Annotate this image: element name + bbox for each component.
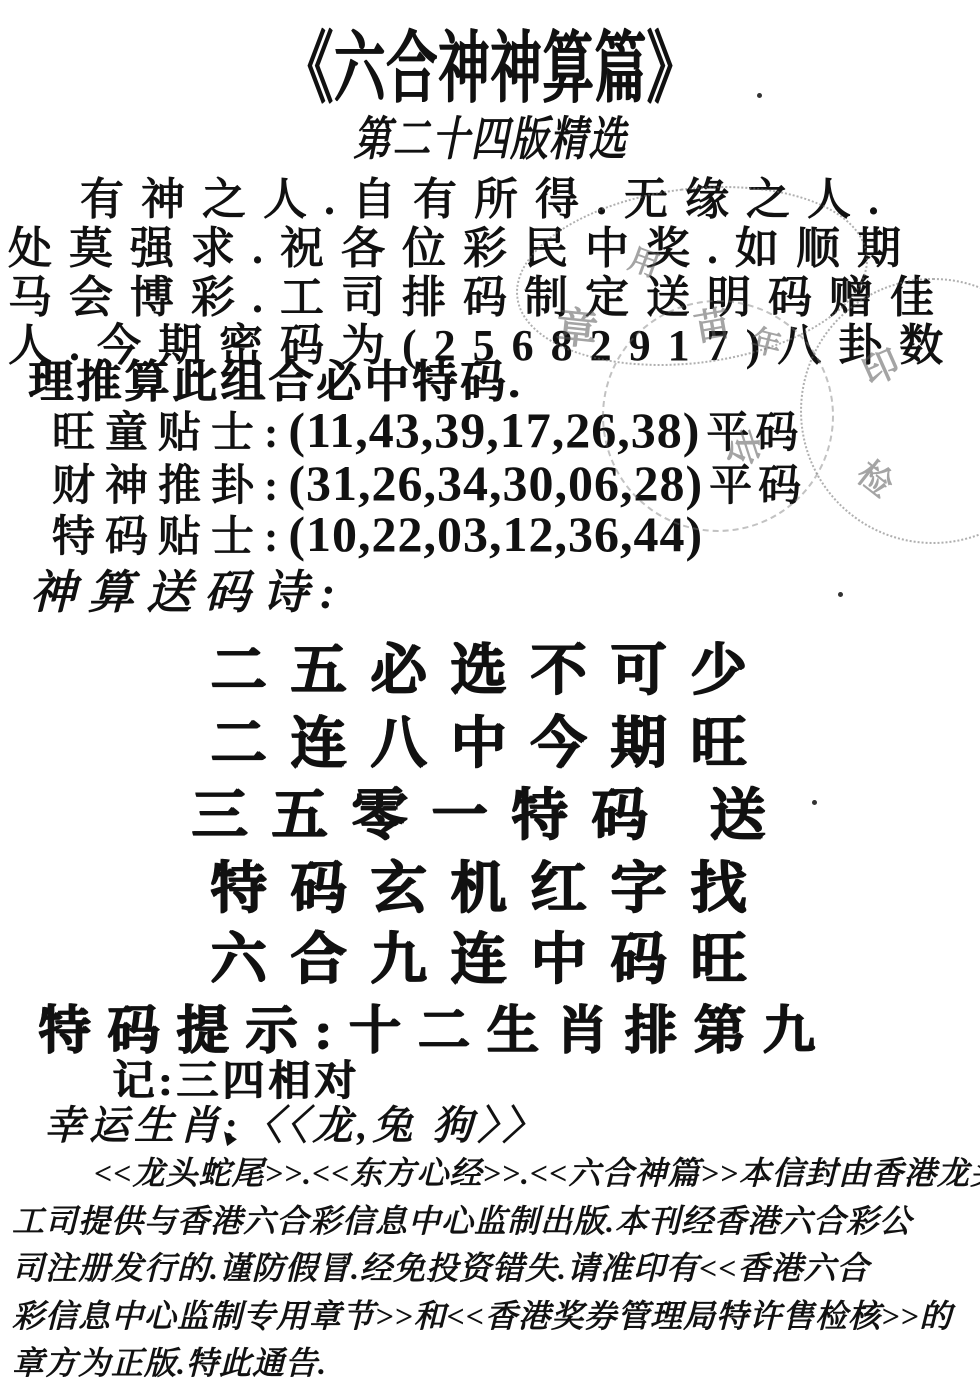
poem-line-5: 六合九连中码旺 (0, 915, 980, 995)
poem-line-1: 二五必选不可少 (0, 626, 980, 706)
seal-glyph: 检 (849, 447, 906, 507)
tip-row-tema: 特码贴士:(10,22,03,12,36,44) (52, 503, 709, 564)
poem-line-3: 三五零一特码 送 (0, 771, 980, 851)
tip-numbers: (11,43,39,17,26,38) (288, 402, 700, 458)
tip-numbers: (10,22,03,12,36,44) (288, 506, 703, 562)
scan-noise-dot (812, 800, 817, 805)
footer-line-3: 司注册发行的.谨防假冒.经免投资错失.请准印有<<香港六合 (12, 1245, 970, 1293)
tip-row-wangtong: 旺童贴士:(11,43,39,17,26,38)平码 (52, 399, 804, 460)
footer-line-5: 章方为正版.特此通告. (12, 1340, 970, 1388)
scan-noise-dot (757, 93, 762, 98)
tip-label: 旺童贴士: (52, 410, 288, 457)
poem-line-2: 二连八中今期旺 (0, 699, 980, 779)
tip-suffix: 平码 (706, 410, 804, 457)
edition-subtitle: 第二十四版精选 (353, 102, 627, 169)
poem-heading: 神算送码诗: (30, 556, 347, 622)
footer-line-4: 彩信息中心监制专用章节>>和<<香港奖券管理局特许售检核>>的 (12, 1293, 970, 1341)
scanned-lottery-leaflet: 《六合神神算篇》 第二十四版精选 有神之人.自有所得.无缘之人. 处莫强求.祝各… (0, 0, 980, 1388)
footer-line-1: <<龙头蛇尾>>.<<东方心经>>.<<六合神篇>>本信封由香港龙头尾 (12, 1150, 970, 1198)
tip-label: 特码贴士: (52, 514, 288, 561)
poem-line-4: 特码玄机红字找 (0, 844, 980, 924)
subtitle-row: 第二十四版精选 (0, 102, 980, 169)
publisher-notice: <<龙头蛇尾>>.<<东方心经>>.<<六合神篇>>本信封由香港龙头尾 工司提供… (12, 1150, 970, 1388)
scan-noise-dot (838, 592, 843, 597)
lucky-zodiac-line: 幸运生肖:〈〈龙,兔 狗〉〉 (44, 1094, 547, 1151)
tip-suffix: 平码 (709, 463, 807, 510)
footer-line-2: 工司提供与香港六合彩信息中心监制出版.本刊经香港六合彩公 (12, 1198, 970, 1246)
